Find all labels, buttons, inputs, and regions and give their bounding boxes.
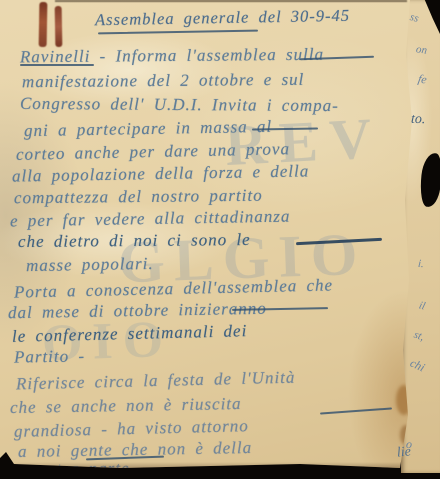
handwriting-line: le conferenze settimanali dei <box>12 321 248 347</box>
handwriting-line: manifestazione del 2 ottobre e sul <box>22 70 305 92</box>
paper-bottom-shadow <box>0 462 412 471</box>
handwriting-line: alla popolazione della forza e della <box>12 161 310 186</box>
pen-stroke <box>296 238 382 245</box>
handwriting-line: corteo anche per dare una prova <box>16 139 290 165</box>
handwriting-line: e per far vedere alla cittadinanza <box>10 207 291 232</box>
pen-stroke <box>252 127 318 130</box>
handwriting-line: Congresso dell' U.D.I. Invita i compa- <box>20 94 339 116</box>
margin-fragment: on <box>415 43 428 56</box>
handwriting-line: che se anche non è riuscita <box>10 394 242 418</box>
handwriting-line: Partito - <box>14 346 85 367</box>
pen-underline <box>20 64 94 66</box>
rust-stain <box>39 2 48 47</box>
pen-underline <box>98 30 258 35</box>
margin-fragment: lie <box>396 444 411 461</box>
document-photo: REV GLGIO OIO Assemblea generale del 30-… <box>0 0 440 479</box>
page-title: Assemblea generale del 30-9-45 <box>95 6 350 30</box>
handwriting-line: che dietro di noi ci sono le <box>18 230 251 252</box>
margin-fragment: to. <box>411 112 426 128</box>
pen-strike <box>232 307 328 311</box>
handwriting-line: dal mese di ottobre inizieranno <box>8 299 267 324</box>
rust-stain <box>55 6 63 47</box>
handwriting-line: masse popolari. <box>26 254 154 276</box>
paper-sheet: REV GLGIO OIO Assemblea generale del 30-… <box>0 0 412 471</box>
handwriting-line: Riferisce circa la festa de l'Unità <box>16 368 296 395</box>
handwriting-line: Porta a conoscenza dell'assemblea che <box>14 275 334 302</box>
margin-fragment: i. <box>417 258 424 270</box>
handwriting-line: compattezza del nostro partito <box>14 186 263 209</box>
pen-stroke <box>320 407 392 414</box>
handwriting-line: gni a partecipare in massa al <box>24 117 272 141</box>
paper-top-edge-shadow <box>55 0 407 2</box>
